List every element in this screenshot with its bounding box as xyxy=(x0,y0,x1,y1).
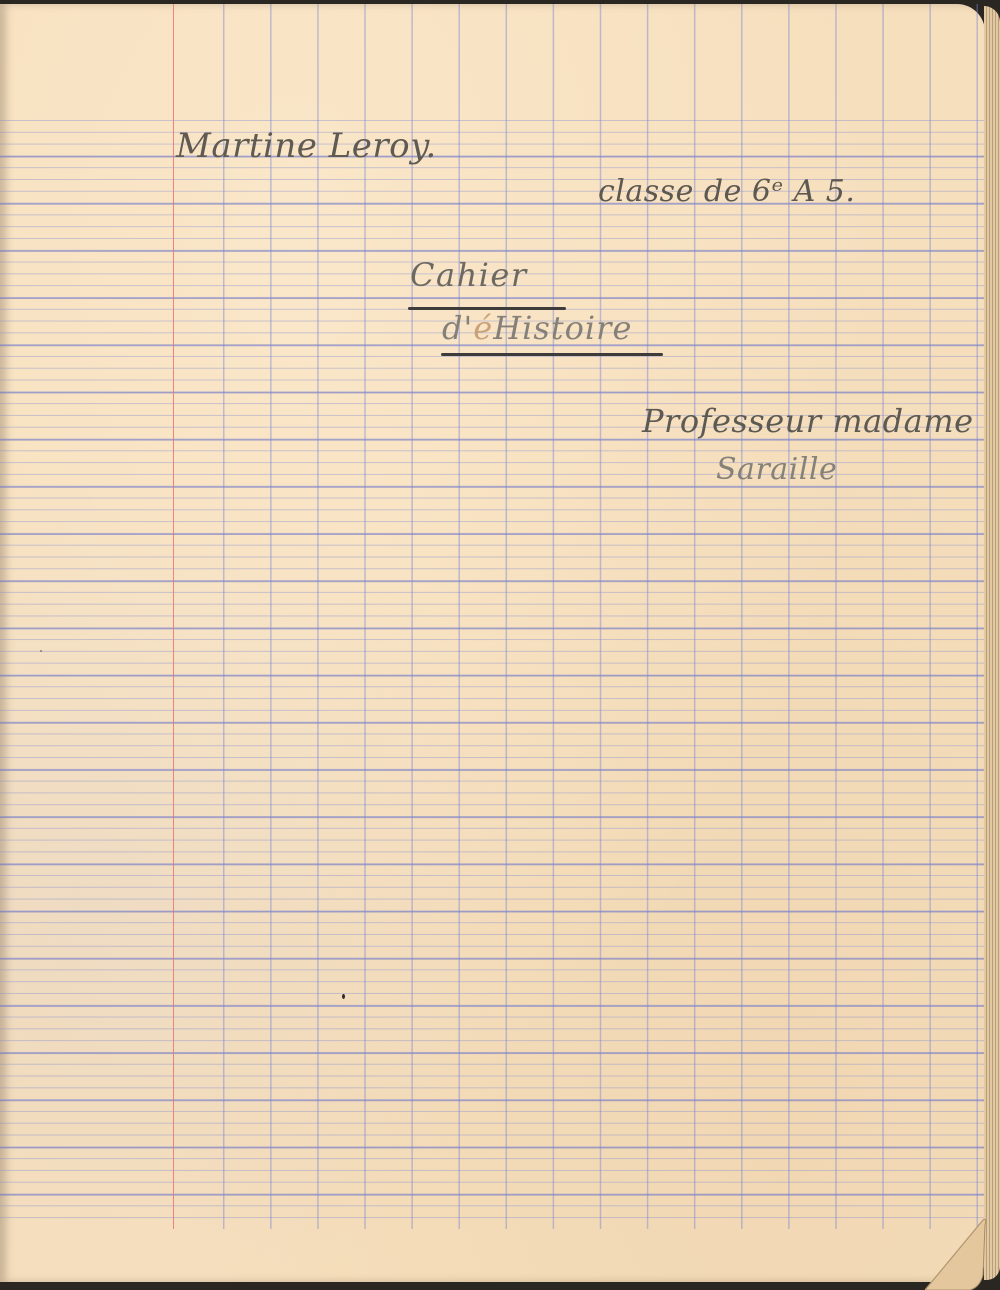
title-cahier: Cahier xyxy=(410,256,528,294)
paper-speck xyxy=(40,650,42,652)
title-histoire: d'éHistoire xyxy=(442,309,632,347)
notebook-page: Martine Leroy. classe de 6ᵉ A 5. Cahier … xyxy=(0,4,985,1282)
title-prefix: d' xyxy=(442,309,473,347)
red-margin-line xyxy=(173,4,174,1229)
teacher-name: Saraille xyxy=(716,452,837,487)
page-stack-edge xyxy=(984,6,1000,1280)
class-label: classe de 6ᵉ A 5. xyxy=(598,174,855,209)
title-subject: Histoire xyxy=(493,309,632,347)
title-crossed-letter: é xyxy=(473,309,493,347)
student-name: Martine Leroy. xyxy=(176,126,437,166)
title-underline-2 xyxy=(441,353,663,356)
dog-ear-corner-icon xyxy=(925,1215,995,1290)
teacher-label: Professeur madame xyxy=(642,402,974,440)
ink-speck xyxy=(342,994,345,999)
